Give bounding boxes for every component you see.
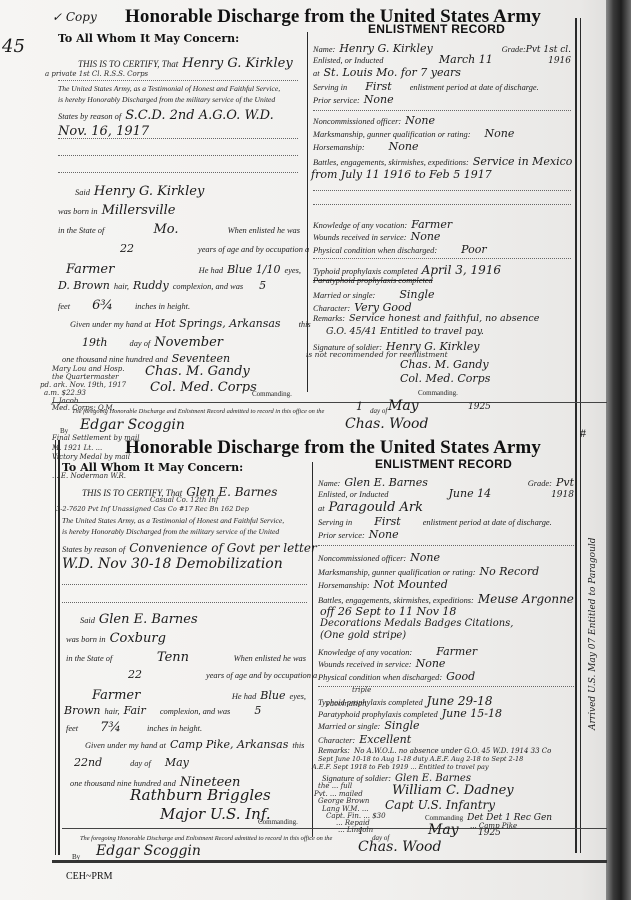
reason-value-2: W.D. Nov 30-18 Demobilization	[62, 556, 283, 572]
typhoid-value: April 3, 1916	[422, 263, 501, 277]
inches-label: inches in height.	[147, 724, 202, 733]
vocation-label: Knowledge of any vocation:	[313, 221, 407, 230]
vertical-margin-note: Arrived U.S. May 07 Entitled to Paragoul…	[588, 537, 598, 730]
month-value: May	[165, 756, 189, 769]
born-place: Millersville	[102, 203, 176, 218]
rule	[58, 172, 298, 173]
certify-label: THIS IS TO CERTIFY, That	[78, 59, 178, 69]
born-label: was born in	[58, 207, 98, 216]
soldier-name: Henry G. Kirkley	[182, 56, 292, 71]
recorded-month: May	[388, 398, 419, 414]
testimonial-text: is hereby Honorably Discharged from the …	[58, 95, 275, 104]
enlisted-label: Enlisted, or Inducted	[313, 56, 383, 65]
enlisted-age-label: When enlisted he was	[234, 654, 306, 663]
section-rule	[52, 402, 607, 403]
reason-label: States by reason of	[62, 545, 125, 554]
married-label: Married or single:	[313, 291, 375, 300]
enlisted-label: Enlisted, or Inducted	[318, 490, 388, 499]
character-value: Excellent	[359, 733, 411, 746]
margin-note: M. 1921 Lt. ...	[52, 444, 102, 452]
occupation: Farmer	[66, 262, 114, 277]
recorder-signature: Chas. Wood	[358, 839, 441, 855]
recorded-by-label: By	[72, 853, 80, 861]
rule	[313, 258, 571, 259]
remarks-value: No A.W.O.L. no absence under G.O. 45 W.D…	[354, 747, 551, 755]
remarks-value-3: A.E.F. Sept 1918 to Feb 1919 ... Entitle…	[312, 763, 489, 771]
typhoid-label: Typhoid prophylaxis completed	[313, 267, 418, 276]
married-value: Single	[384, 719, 419, 732]
rule	[318, 545, 574, 546]
margin-note: Mary Lou and Hosp.	[52, 365, 124, 373]
commanding-label: Commanding.	[258, 818, 298, 826]
battles-value: Service in Mexico	[473, 155, 573, 168]
rule	[58, 155, 298, 156]
age-label: years of age and by occupation a	[206, 671, 317, 680]
recorded-day-label: day of	[370, 407, 387, 415]
day-label: day of	[130, 759, 151, 768]
age-value: 22	[128, 668, 142, 681]
column-divider	[312, 462, 313, 837]
horsemanship-label: Horsemanship:	[318, 581, 370, 590]
column-divider	[307, 32, 308, 392]
rule	[62, 602, 307, 603]
marksmanship-value: No Record	[480, 565, 540, 578]
said-label: Said	[80, 616, 95, 625]
battles-label: Battles, engagements, skirmishes, expedi…	[313, 158, 469, 167]
side-mark: #	[580, 426, 586, 441]
typhoid-value: June 29-18	[427, 694, 493, 708]
battles-label: Battles, engagements, skirmishes, expedi…	[318, 596, 474, 605]
feet-label: feet	[66, 724, 78, 733]
recorded-by: Edgar Scoggin	[80, 417, 185, 433]
salutation: To All Whom It May Concern:	[58, 32, 239, 45]
rule	[58, 138, 298, 139]
state-value: Tenn	[157, 650, 189, 665]
testimonial-text: The United States Army, as a Testimonial…	[58, 84, 280, 93]
paratyphoid-label: Paratyphoid prophylaxis completed	[313, 276, 433, 285]
eyes-suffix: eyes,	[284, 266, 301, 275]
physical-condition-label: Physical condition when discharged:	[318, 673, 442, 682]
battles-value-2: from July 11 1916 to Feb 5 1917	[311, 168, 492, 181]
marksmanship-value: None	[485, 127, 515, 140]
nco-label: Noncommissioned officer:	[318, 554, 406, 563]
testimonial-text: The United States Army, as a Testimonial…	[62, 516, 284, 525]
this-label: this	[292, 741, 304, 750]
enlistment-commanding-label: Commanding.	[418, 389, 458, 397]
year-label: one thousand nine hundred and	[62, 355, 168, 364]
commander-title: Col. Med. Corps	[150, 380, 257, 395]
at-value: Paragould Ark	[329, 500, 424, 515]
character-label: Character:	[313, 304, 350, 313]
margin-note: George Brown	[318, 797, 369, 805]
paratyphoid-label: Paratyphoid prophylaxis completed	[318, 710, 438, 719]
recorded-year: 1925	[468, 402, 491, 412]
enlisted-value: March 11	[439, 53, 493, 66]
enlistment-commander-signature: William C. Dadney	[392, 783, 514, 798]
married-label: Married or single:	[318, 722, 380, 731]
certificate-title: Honorable Discharge from the United Stat…	[125, 437, 541, 459]
reason-label: States by reason of	[58, 112, 121, 121]
serving-value: First	[374, 515, 400, 528]
battles-value-2: off 26 Sept to 11 Nov 18	[320, 605, 456, 618]
occupation: Farmer	[92, 688, 140, 703]
born-place: Coxburg	[110, 631, 166, 646]
wounds-value: None	[416, 657, 446, 670]
given-place: Hot Springs, Arkansas	[155, 317, 281, 330]
inches-label: inches in height.	[135, 302, 190, 311]
testimonial-text: is hereby Honorably Discharged from the …	[62, 527, 279, 536]
remarks-value: Service honest and faithful, no absence	[349, 313, 539, 324]
rule	[58, 80, 298, 81]
prior-service-label: Prior service:	[318, 531, 365, 540]
feet-value: 5	[254, 704, 261, 717]
said-name: Glen E. Barnes	[99, 612, 198, 627]
given-label: Given under my hand at	[85, 741, 166, 750]
margin-note: pd. ark. Nov. 19th, 1917	[40, 381, 126, 389]
rule	[62, 584, 307, 585]
complexion-value: Ruddy	[133, 279, 169, 292]
reason-value: Convenience of Govt per letter	[129, 541, 317, 555]
serving-label: Serving in	[318, 518, 352, 527]
margin-note: Victory Medal by mail	[52, 453, 130, 461]
typhoid-note: triple	[352, 686, 371, 694]
said-label: Said	[75, 188, 90, 197]
feet-label: feet	[58, 302, 70, 311]
nco-value: None	[405, 114, 435, 127]
recorded-month: May	[428, 822, 459, 838]
rule	[313, 190, 571, 191]
physical-condition-label: Physical condition when discharged:	[313, 246, 437, 255]
enlistment-record-title: ENLISTMENT RECORD	[368, 22, 505, 36]
enlistment-commander-title: Capt U.S. Infantry	[385, 798, 495, 812]
reason-value: S.C.D. 2nd A.G.O. W.D.	[125, 108, 274, 123]
name-annotation: Casual Co. 12th Inf	[150, 496, 218, 504]
frame-line	[575, 18, 577, 853]
marksmanship-label: Marksmanship, gunner qualification or ra…	[318, 568, 476, 577]
wounds-label: Wounds received in service:	[313, 233, 407, 242]
at-label: at	[318, 504, 325, 513]
age-label: years of age and by occupation a	[198, 245, 309, 254]
nco-value: None	[410, 551, 440, 564]
margin-note: the Quartermaster	[52, 373, 118, 381]
recorded-label: The foregoing Honorable Discharge and En…	[72, 408, 324, 415]
decorations: Decorations Medals Badges Citations,	[320, 618, 513, 629]
frame-line	[55, 440, 56, 855]
eyes-suffix: eyes,	[289, 692, 306, 701]
nco-label: Noncommissioned officer:	[313, 117, 401, 126]
day-label: day of	[130, 339, 151, 348]
inches-value: 7¾	[100, 720, 121, 735]
name-annotation: a private 1st Cl. R.S.S. Corps	[45, 70, 148, 78]
rule	[313, 204, 571, 205]
recorder-signature: Chas. Wood	[345, 416, 428, 432]
enlisted-value: June 14	[448, 487, 491, 500]
serving-value: First	[365, 80, 391, 93]
hair-label: hair,	[104, 707, 119, 716]
serving-suffix: enlistment period at date of discharge.	[410, 83, 539, 92]
margin-note: the ... full	[318, 782, 352, 790]
binding-edge	[606, 0, 631, 900]
horsemanship-label: Horsemanship:	[313, 143, 365, 152]
margin-note: ... E. Noderman W.R.	[52, 472, 126, 480]
horsemanship-value: Not Mounted	[374, 578, 448, 591]
state-label: in the State of	[58, 226, 104, 235]
margin-note: Final Settlement by mail	[52, 434, 139, 442]
margin-note: ... Lincoln	[338, 826, 373, 834]
eyes-label: He had	[199, 266, 223, 275]
physical-condition-value: Good	[446, 670, 475, 683]
eyes-label: He had	[232, 692, 256, 701]
recorded-label: The foregoing Honorable Discharge and En…	[80, 835, 332, 842]
enlistment-record-title: ENLISTMENT RECORD	[375, 457, 512, 471]
frame-line	[58, 440, 60, 855]
serving-suffix: enlistment period at date of discharge.	[423, 518, 552, 527]
inches-value: 6¾	[92, 298, 113, 313]
battles-value: Meuse Argonne	[478, 592, 574, 606]
commanding-unit-2: ... Camp Pike	[470, 822, 517, 830]
prior-service-value: None	[364, 93, 394, 106]
at-label: at	[313, 69, 320, 78]
enlistment-commander-signature: Chas. M. Gandy	[400, 358, 489, 371]
rule	[313, 110, 571, 111]
given-place: Camp Pike, Arkansas	[170, 738, 288, 751]
this-label: this	[299, 320, 311, 329]
copy-mark: ✓ Copy	[52, 10, 97, 24]
remarks-label: Remarks:	[313, 314, 345, 323]
scanned-document-page: 45 ✓ Copy # CEH~PRM Honorable Discharge …	[0, 0, 631, 900]
married-value: Single	[399, 288, 434, 301]
serving-label: Serving in	[313, 83, 347, 92]
remarks-value-2: G.O. 45/41 Entitled to travel pay.	[326, 326, 484, 337]
hair-value: Brown	[64, 704, 100, 717]
physical-condition-value: Poor	[461, 243, 486, 256]
enlistment-commanding-label: Commanding	[425, 814, 463, 822]
enlisted-year: 1916	[548, 56, 571, 66]
at-value: St. Louis Mo. for 7 years	[324, 66, 461, 79]
age-value: 22	[120, 242, 134, 255]
character-label: Character:	[318, 736, 355, 745]
reason-value-2: Nov. 16, 1917	[58, 124, 149, 139]
complexion-value: Fair	[124, 704, 146, 717]
wounds-label: Wounds received in service:	[318, 660, 412, 669]
enlistment-commander-title: Col. Med. Corps	[400, 372, 490, 385]
state-value: Mo.	[153, 222, 178, 237]
given-label: Given under my hand at	[70, 320, 151, 329]
vocation-label: Knowledge of any vocation:	[318, 648, 412, 657]
day-value: 22nd	[74, 756, 102, 769]
footer-code: CEH~PRM	[66, 871, 113, 882]
enlisted-year: 1918	[551, 490, 574, 500]
remarks-value-2: Sept June 10-18 to Aug 1-18 duty A.E.F. …	[318, 755, 523, 763]
hair-value: D. Brown	[58, 279, 110, 292]
eyes-value: Blue 1/10	[227, 263, 280, 276]
margin-note: a.m. $22.93	[44, 389, 86, 397]
day-value: 19th	[82, 336, 108, 349]
commander-signature: Chas. M. Gandy	[145, 364, 250, 379]
horsemanship-value: None	[389, 140, 419, 153]
commander-title: Major U.S. Inf.	[160, 805, 271, 823]
month-value: November	[154, 335, 223, 350]
bottom-rule	[52, 860, 607, 863]
remarks-label: Remarks:	[318, 746, 350, 755]
name-annotation-2: 3-2-7620 Pvt Inf Unassigned Cas Co #17 R…	[56, 505, 249, 513]
prior-service-value: None	[369, 528, 399, 541]
complexion-label: complexion, and was	[173, 282, 243, 291]
feet-value: 5	[259, 279, 266, 292]
commanding-label: Commanding.	[252, 390, 292, 398]
hair-label: hair,	[114, 282, 129, 291]
said-name: Henry G. Kirkley	[94, 184, 204, 199]
decorations-2: (One gold stripe)	[320, 630, 406, 641]
margin-number: 45	[2, 36, 25, 57]
commander-signature: Rathburn Briggles	[130, 786, 271, 804]
wounds-value: None	[411, 230, 441, 243]
eyes-value: Blue	[260, 689, 285, 702]
recorded-by: Edgar Scoggin	[96, 843, 201, 859]
complexion-label: complexion, and was	[160, 707, 230, 716]
paratyphoid-value: June 15-18	[442, 707, 502, 720]
marksmanship-label: Marksmanship, gunner qualification or ra…	[313, 130, 471, 139]
section-rule	[62, 828, 607, 829]
born-label: was born in	[66, 635, 106, 644]
enlisted-age-label: When enlisted he was	[228, 226, 300, 235]
prior-service-label: Prior service:	[313, 96, 360, 105]
recorded-day: 1	[356, 400, 363, 413]
state-label: in the State of	[66, 654, 112, 663]
